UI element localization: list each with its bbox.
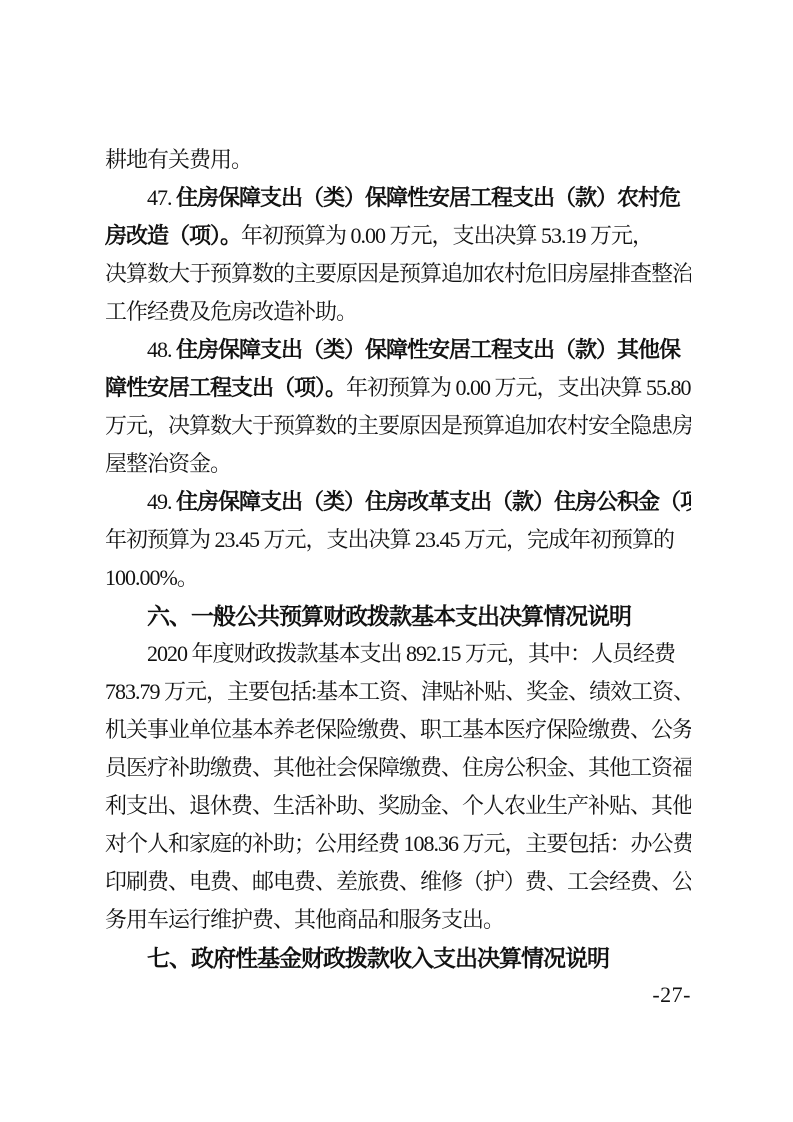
text-line: 耕地有关费用。 (105, 141, 691, 179)
document-body: 耕地有关费用。47. 住房保障支出（类）保障性安居工程支出（款）农村危房改造（项… (105, 141, 691, 977)
text-segment: 100.00%。 (105, 565, 198, 590)
text-segment: 年初预算为 0.00 万元，支出决算 55.80 (346, 375, 691, 400)
text-line: 对个人和家庭的补助；公用经费 108.36 万元，主要包括：办公费、 (105, 825, 691, 863)
text-segment: 年初预算为 0.00 万元，支出决算 53.19 万元， (241, 223, 653, 248)
text-line: 决算数大于预算数的主要原因是预算追加农村危旧房屋排查整治 (105, 255, 691, 293)
page-number: -27- (105, 982, 691, 1008)
text-line: 员医疗补助缴费、其他社会保障缴费、住房公积金、其他工资福 (105, 749, 691, 787)
text-segment: 48. (147, 337, 176, 362)
text-segment: 耕地有关费用。 (105, 147, 252, 172)
text-line: 屋整治资金。 (105, 445, 691, 483)
text-line: 机关事业单位基本养老保险缴费、职工基本医疗保险缴费、公务 (105, 711, 691, 749)
text-line: 印刷费、电费、邮电费、差旅费、维修（护）费、工会经费、公 (105, 863, 691, 901)
text-segment: 万元，决算数大于预算数的主要原因是预算追加农村安全隐患房 (105, 413, 691, 438)
text-segment: 783.79 万元，主要包括:基本工资、津贴补贴、奖金、绩效工资、 (105, 679, 691, 704)
text-line: 房改造（项）。年初预算为 0.00 万元，支出决算 53.19 万元， (105, 217, 691, 255)
text-segment: 决算数大于预算数的主要原因是预算追加农村危旧房屋排查整治 (105, 261, 691, 286)
text-line: 783.79 万元，主要包括:基本工资、津贴补贴、奖金、绩效工资、 (105, 673, 691, 711)
document-page: 耕地有关费用。47. 住房保障支出（类）保障性安居工程支出（款）农村危房改造（项… (0, 0, 793, 1122)
text-line: 万元，决算数大于预算数的主要原因是预算追加农村安全隐患房 (105, 407, 691, 445)
text-segment: 务用车运行维护费、其他商品和服务支出。 (105, 907, 504, 932)
text-line: 2020 年度财政拨款基本支出 892.15 万元，其中：人员经费 (105, 635, 691, 673)
text-segment: 印刷费、电费、邮电费、差旅费、维修（护）费、工会经费、公 (105, 869, 691, 894)
text-segment: 工作经费及危房改造补助。 (105, 299, 357, 324)
text-segment: 障性安居工程支出（项）。 (105, 375, 346, 400)
text-segment: 房改造（项）。 (105, 223, 241, 248)
text-segment: 住房保障支出（类）住房改革支出（款）住房公积金（项）。 (176, 489, 691, 514)
section-heading: 七、政府性基金财政拨款收入支出决算情况说明 (105, 939, 691, 977)
text-line: 利支出、退休费、生活补助、奖励金、个人农业生产补贴、其他 (105, 787, 691, 825)
text-line: 48. 住房保障支出（类）保障性安居工程支出（款）其他保 (105, 331, 691, 369)
section-heading: 六、一般公共预算财政拨款基本支出决算情况说明 (105, 597, 691, 635)
text-segment: 六、一般公共预算财政拨款基本支出决算情况说明 (147, 603, 631, 629)
text-segment: 对个人和家庭的补助；公用经费 108.36 万元，主要包括：办公费、 (105, 831, 691, 856)
text-segment: 机关事业单位基本养老保险缴费、职工基本医疗保险缴费、公务 (105, 717, 691, 742)
text-segment: 七、政府性基金财政拨款收入支出决算情况说明 (147, 945, 609, 971)
text-line: 47. 住房保障支出（类）保障性安居工程支出（款）农村危 (105, 179, 691, 217)
text-line: 工作经费及危房改造补助。 (105, 293, 691, 331)
text-line: 障性安居工程支出（项）。年初预算为 0.00 万元，支出决算 55.80 (105, 369, 691, 407)
text-segment: 屋整治资金。 (105, 451, 231, 476)
text-line: 100.00%。 (105, 559, 691, 597)
text-segment: 员医疗补助缴费、其他社会保障缴费、住房公积金、其他工资福 (105, 755, 691, 780)
text-line: 年初预算为 23.45 万元，支出决算 23.45 万元，完成年初预算的 (105, 521, 691, 559)
text-segment: 利支出、退休费、生活补助、奖励金、个人农业生产补贴、其他 (105, 793, 691, 818)
text-segment: 47. (147, 185, 176, 210)
text-segment: 住房保障支出（类）保障性安居工程支出（款）其他保 (176, 337, 680, 362)
text-segment: 住房保障支出（类）保障性安居工程支出（款）农村危 (176, 185, 680, 210)
text-line: 务用车运行维护费、其他商品和服务支出。 (105, 901, 691, 939)
text-line: 49. 住房保障支出（类）住房改革支出（款）住房公积金（项）。 (105, 483, 691, 521)
text-segment: 2020 年度财政拨款基本支出 892.15 万元，其中：人员经费 (147, 641, 675, 666)
text-segment: 年初预算为 23.45 万元，支出决算 23.45 万元，完成年初预算的 (105, 527, 674, 552)
text-segment: 49. (147, 489, 176, 514)
